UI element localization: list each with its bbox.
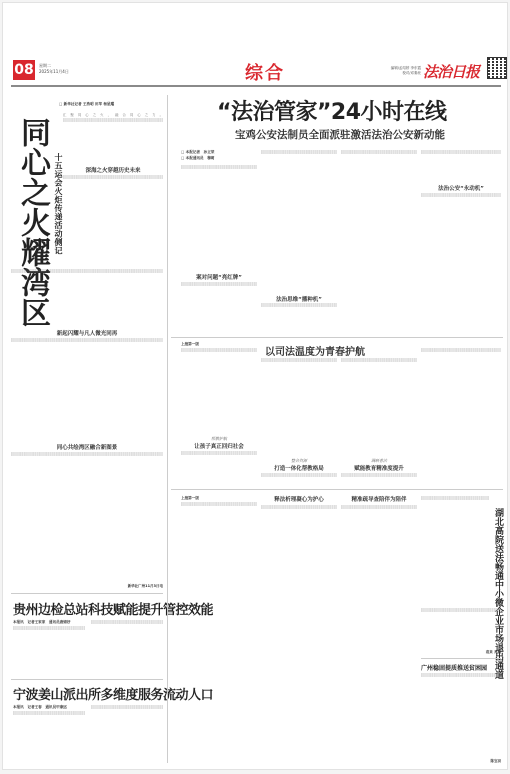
hubei-signoff: 袁来 邓璐 — [421, 650, 501, 655]
main-byline-2: □ 本报通讯员 穆萌 — [181, 156, 214, 161]
main-col-4b: ░░░░░░░░░░░░░░░░░░░░░░░░░░░░░░░░░░░░░░░░… — [421, 193, 501, 333]
left-body-1: ░░░░░░░░░░░░░░░░░░░░░░░░░░░░░░░░░░░░░░░░… — [63, 175, 163, 269]
proofreader: 校对/邓秦丝 — [381, 71, 421, 76]
divider — [171, 337, 503, 338]
main-byline-1: □ 本报记者 孙立荣 — [181, 150, 214, 155]
main-section-1: 案对问题“亮红牌” — [181, 273, 257, 281]
date: 2025年11月4日 — [39, 69, 69, 75]
guizhou-col-1: ░░░░░░░░░░░░░░░░░░░░░░░░░░░░░░░░░░░░░░░░… — [13, 626, 85, 672]
divider — [11, 679, 163, 680]
left-section-2: 新起闪耀与凡人微光同再 — [11, 329, 163, 337]
page-date: 星期二 2025年11月4日 — [39, 63, 69, 75]
left-body-4: ░░░░░░░░░░░░░░░░░░░░░░░░░░░░░░░░░░░░░░░░… — [11, 452, 163, 562]
column-divider — [167, 95, 168, 763]
section-title: 综合 — [245, 59, 285, 85]
youth-col-1b: ░░░░░░░░░░░░░░░░░░░░░░░░░░░░░░░░░░░░░░░░… — [181, 451, 257, 477]
newspaper-page: 08 星期二 2025年11月4日 综合 编辑/孟绍婷 李东霞 校对/邓秦丝 法… — [2, 2, 508, 770]
paper-logo: 法治日报 — [423, 61, 479, 82]
bottom-col-3: ░░░░░░░░░░░░░░░░░░░░░░░░░░░░░░░░░░░░░░░░… — [341, 505, 417, 763]
youth-col-2: ░░░░░░░░░░░░░░░░░░░░░░░░░░░░░░░░░░░░░░░░… — [261, 358, 337, 454]
guangzhou-headline: 广州稳固提质推送贫困园 — [421, 663, 501, 672]
main-section-2: 法治思维“播种机” — [261, 295, 337, 303]
left-body-3: ░░░░░░░░░░░░░░░░░░░░░░░░░░░░░░░░░░░░░░░░… — [11, 338, 163, 434]
guizhou-byline: 本报讯 记者王家家 通讯员唐婧妤 — [13, 620, 71, 625]
youth-col-4: ░░░░░░░░░░░░░░░░░░░░░░░░░░░░░░░░░░░░░░░░… — [421, 348, 501, 484]
guizhou-col-2: ░░░░░░░░░░░░░░░░░░░░░░░░░░░░░░░░░░░░░░░░… — [91, 620, 163, 672]
left-byline: □ 新华社记者 王浩明 田苹 杨星耀 — [59, 102, 114, 107]
left-signoff: 新华社广州11月3日电 — [11, 584, 163, 589]
left-lead-text: 汇聚同心之火，融合同心之力。 ░░░░░░░░░░░░░░░░░░░░░░░░░… — [63, 113, 163, 163]
youth-headline: 以司法温度为青春护航 — [265, 343, 365, 358]
divider — [421, 658, 501, 659]
bottom-story-1-title: 释法析理凝心为护心 — [261, 495, 337, 503]
bottom-lead-label: 上接第一版 — [181, 496, 199, 501]
right-col-text: ░░░░░░░░░░░░░░░░░░░░░░░░░░░░░░░░░░░░░░░░… — [421, 496, 489, 606]
divider — [171, 489, 503, 490]
main-col-1: ░░░░░░░░░░░░░░░░░░░░░░░░░░░░░░░░░░░░░░░░… — [181, 165, 257, 269]
youth-section-3: 赋能教育精准度提升 — [341, 464, 417, 472]
left-body-2: ░░░░░░░░░░░░░░░░░░░░░░░░░░░░░░░░░░░░░░░░… — [11, 269, 163, 329]
divider — [11, 593, 163, 594]
right-col-text-2: ░░░░░░░░░░░░░░░░░░░░░░░░░░░░░░░░░░░░░░░░… — [421, 608, 501, 648]
youth-section-2: 打造一体化帮教格局 — [261, 464, 337, 472]
masthead: 08 星期二 2025年11月4日 综合 编辑/孟绍婷 李东霞 校对/邓秦丝 法… — [11, 59, 501, 87]
qr-code-icon[interactable] — [487, 57, 507, 79]
main-col-1b: ░░░░░░░░░░░░░░░░░░░░░░░░░░░░░░░░░░░░░░░░… — [181, 282, 257, 334]
youth-lead-label: 上接第一版 — [181, 342, 199, 347]
ningbo-byline: 本报讯 记者王春 通讯员甲康远 — [13, 705, 67, 710]
youth-section-1: 让孩子真正回归社会 — [181, 442, 257, 450]
main-section-3: 法治公安“永动机” — [421, 184, 501, 192]
page-number: 08 — [13, 60, 35, 80]
main-col-3: ░░░░░░░░░░░░░░░░░░░░░░░░░░░░░░░░░░░░░░░░… — [341, 150, 417, 334]
main-col-2b: ░░░░░░░░░░░░░░░░░░░░░░░░░░░░░░░░░░░░░░░░… — [261, 303, 337, 333]
guangzhou-text: ░░░░░░░░░░░░░░░░░░░░░░░░░░░░░░░░░░░░░░░░… — [421, 673, 501, 757]
ningbo-col-2: ░░░░░░░░░░░░░░░░░░░░░░░░░░░░░░░░░░░░░░░░… — [91, 705, 163, 757]
main-col-2: ░░░░░░░░░░░░░░░░░░░░░░░░░░░░░░░░░░░░░░░░… — [261, 150, 337, 290]
bottom-col-1: ░░░░░░░░░░░░░░░░░░░░░░░░░░░░░░░░░░░░░░░░… — [181, 502, 257, 764]
main-headline: “法治管家”24小时在线 — [217, 95, 447, 126]
bottom-col-2: ░░░░░░░░░░░░░░░░░░░░░░░░░░░░░░░░░░░░░░░░… — [261, 505, 337, 763]
bottom-story-2-title: 精准疏导查陪伴为陪伴 — [341, 495, 417, 503]
left-section-3: 同心共绘湾区融合新图景 — [11, 443, 163, 451]
main-subheadline: 宝鸡公安法制员全面派驻激活法治公安新动能 — [235, 127, 445, 142]
ningbo-col-1: ░░░░░░░░░░░░░░░░░░░░░░░░░░░░░░░░░░░░░░░░… — [13, 711, 85, 763]
left-lead: 汇聚同心之火，融合同心之力。 — [63, 113, 163, 117]
youth-col-3: ░░░░░░░░░░░░░░░░░░░░░░░░░░░░░░░░░░░░░░░░… — [341, 358, 417, 454]
guangzhou-signoff: 陈宝羽 — [421, 759, 501, 764]
youth-col-3b: ░░░░░░░░░░░░░░░░░░░░░░░░░░░░░░░░░░░░░░░░… — [341, 473, 417, 485]
left-section-1: 深海之火穿越历史未来 — [63, 166, 163, 174]
main-col-4: ░░░░░░░░░░░░░░░░░░░░░░░░░░░░░░░░░░░░░░░░… — [421, 150, 501, 180]
youth-col-2b: ░░░░░░░░░░░░░░░░░░░░░░░░░░░░░░░░░░░░░░░░… — [261, 473, 337, 485]
editor-credits: 编辑/孟绍婷 李东霞 校对/邓秦丝 — [381, 66, 421, 76]
